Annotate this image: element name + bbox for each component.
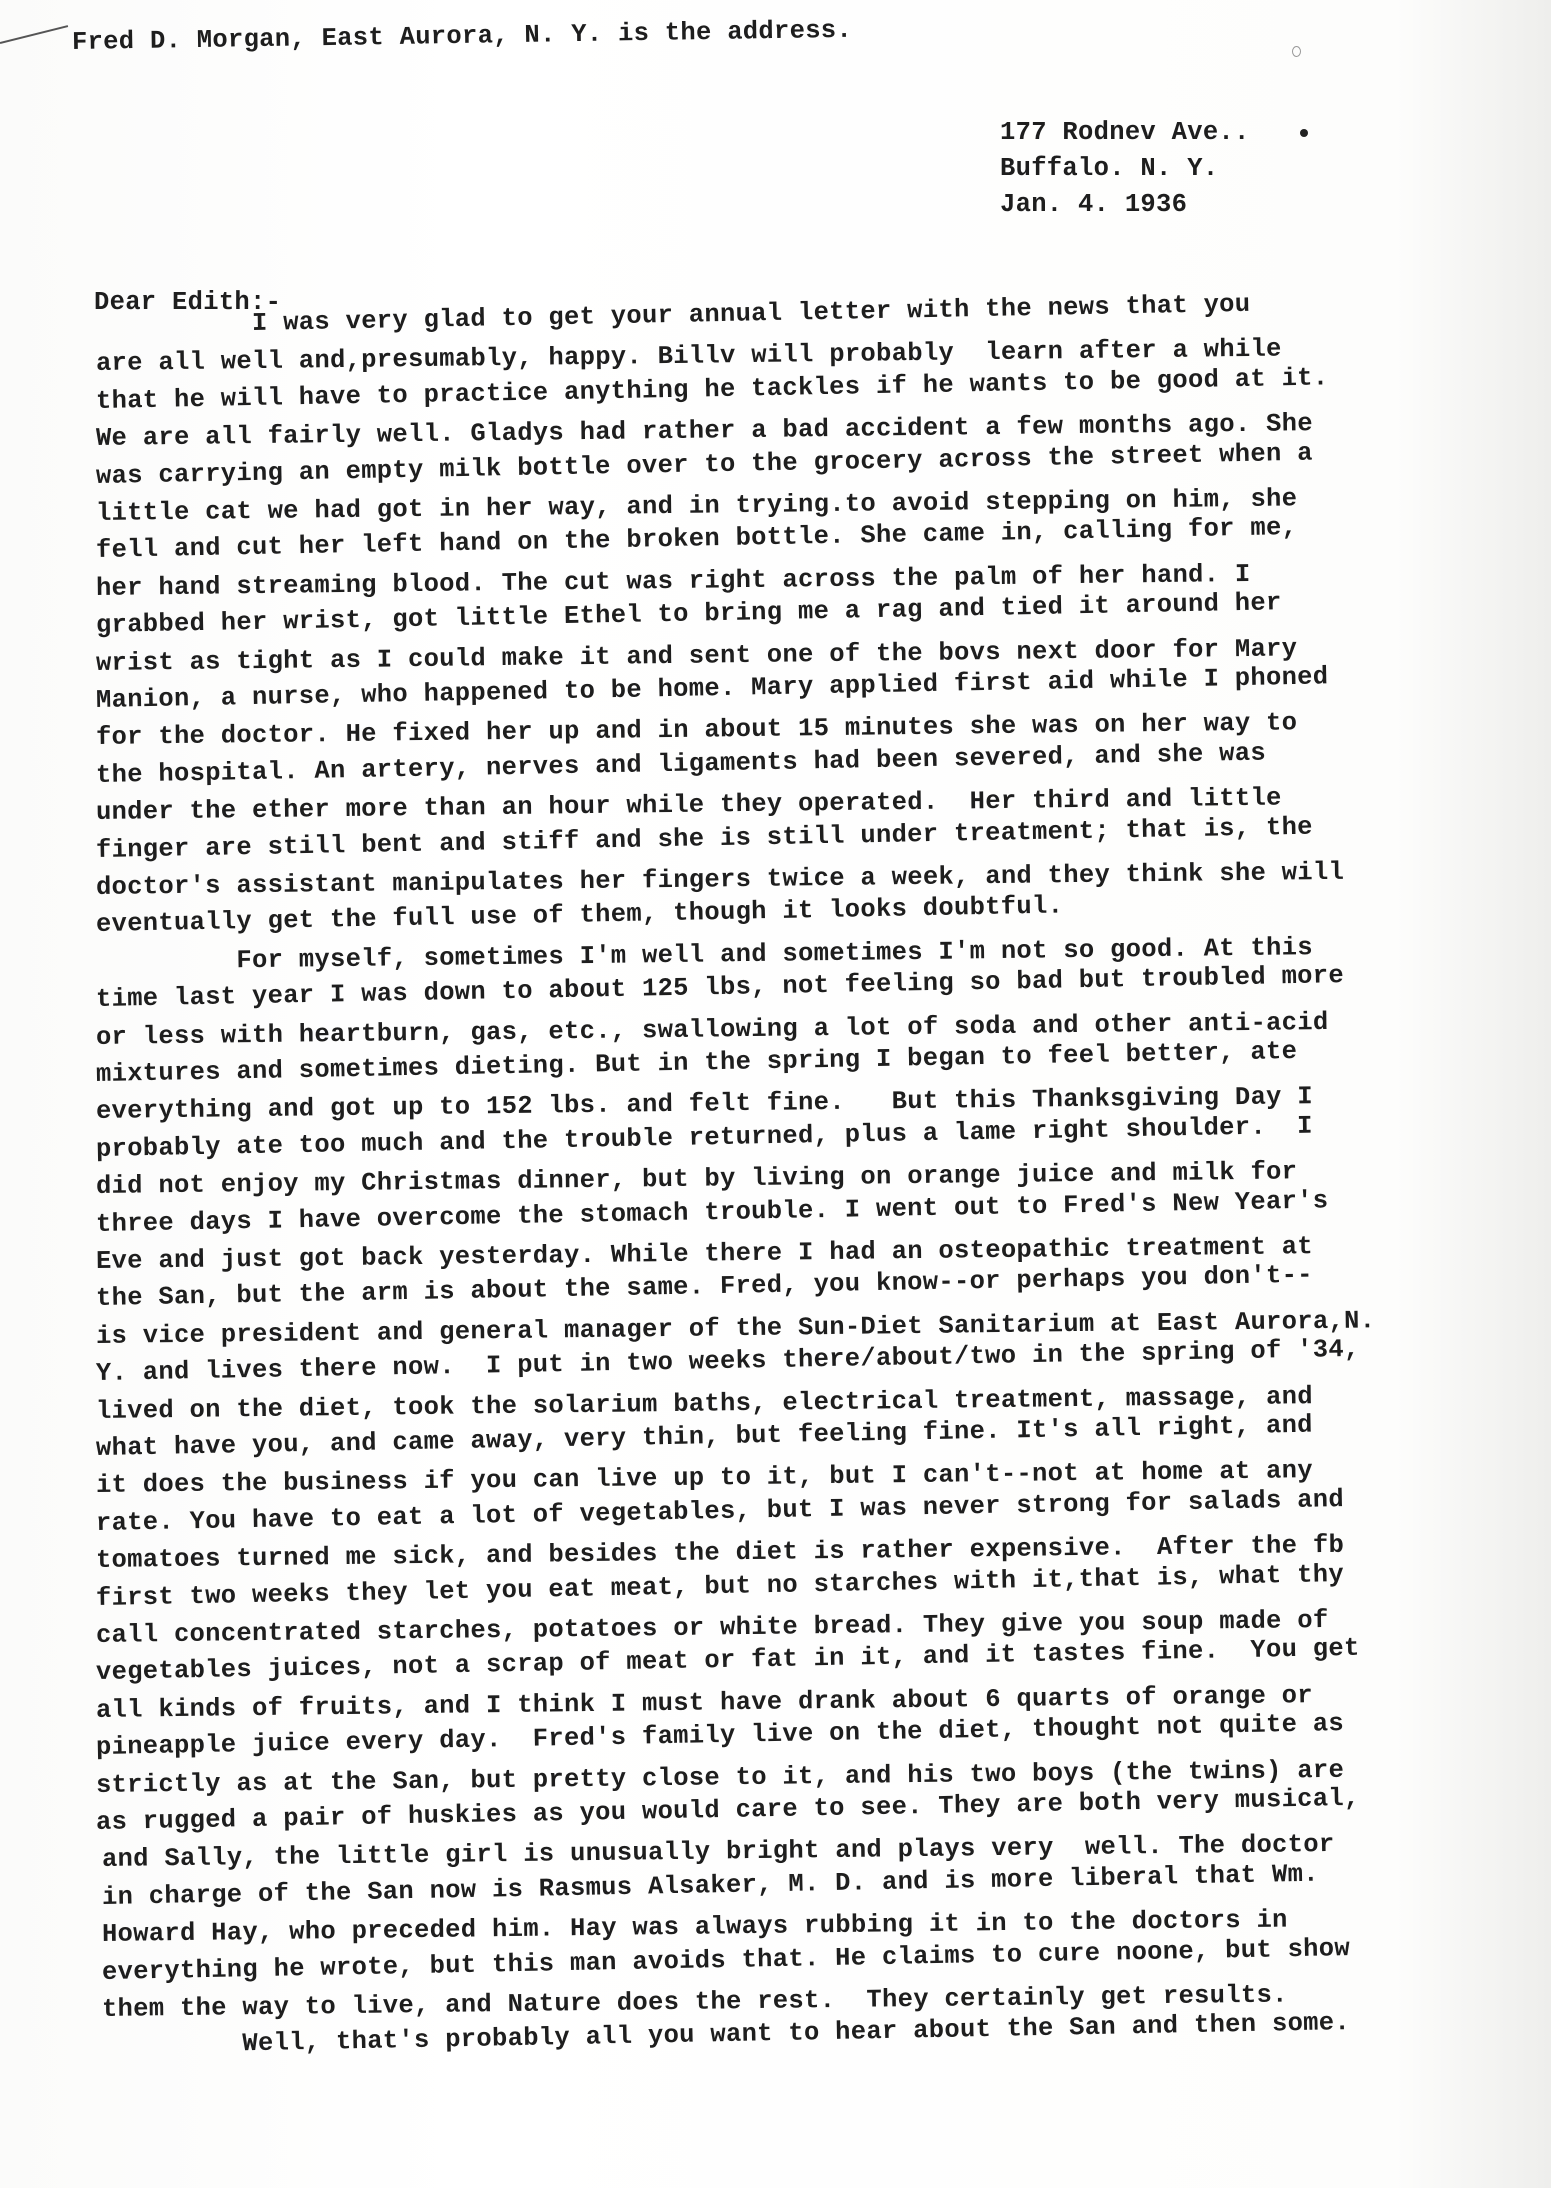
ink-dot <box>1300 129 1308 137</box>
letter-page: Fred D. Morgan, East Aurora, N. Y. is th… <box>0 0 1551 2188</box>
header-note: Fred D. Morgan, East Aurora, N. Y. is th… <box>72 16 852 57</box>
address-line-3: Jan. 4. 1936 <box>1000 190 1187 219</box>
stray-mark <box>1292 46 1301 57</box>
body-line: doctor's assistant manipulates her finge… <box>96 858 1344 902</box>
pen-arrow-mark <box>0 25 68 44</box>
address-line-2: Buffalo. N. Y. <box>1000 154 1218 183</box>
address-line-1: 177 Rodnev Ave.. <box>1000 118 1250 147</box>
